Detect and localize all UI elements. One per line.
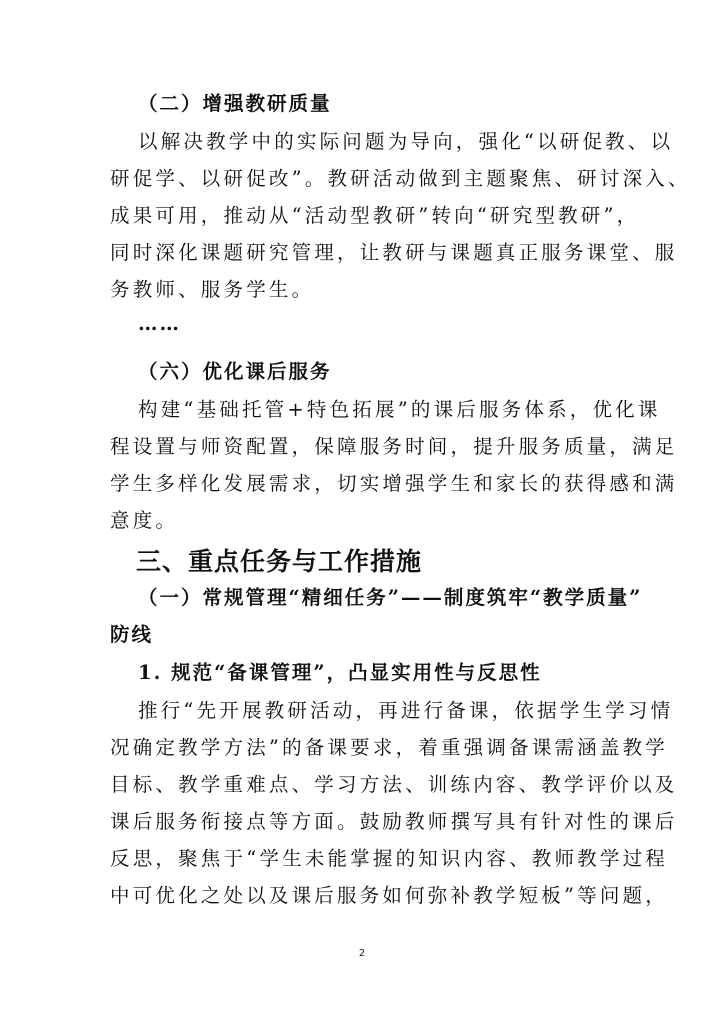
item-heading: 1. 规范“备课管理”，凸显实用性与反思性 (138, 655, 542, 691)
paragraph-line: 学生多样化发展需求，切实增强学生和家长的获得感和满 (110, 466, 678, 502)
paragraph-line: 推行“先开展教研活动，再进行备课，依据学生学习情 (138, 693, 673, 729)
paragraph-line: 以解决教学中的实际问题为导向，强化“以研促教、以 (138, 124, 673, 160)
paragraph-line: 成果可用，推动从“活动型教研”转向“研究型教研”， (110, 198, 639, 234)
chapter-heading: 三、重点任务与工作措施 (136, 542, 422, 582)
item-heading-text: 1. 规范“备课管理”，凸显实用性与反思性 (138, 661, 542, 684)
paragraph-line: 务教师、服务学生。 (110, 272, 314, 308)
section-heading-2: （二）增强教研质量 (138, 86, 332, 122)
subsection-heading: （一）常规管理“精细任务”——制度筑牢“教学质量” (138, 580, 642, 616)
subsection-heading-cont: 防线 (110, 617, 153, 653)
ellipsis: …… (138, 306, 181, 342)
paragraph-line: 目标、教学重难点、学习方法、训练内容、教学评价以及 (110, 767, 678, 803)
section-heading-6: （六）优化课后服务 (138, 354, 332, 390)
page-number: 2 (0, 948, 724, 959)
paragraph-line: 课后服务衔接点等方面。鼓励教师撰写具有针对性的课后 (110, 804, 678, 840)
paragraph-line: 意度。 (110, 503, 178, 539)
paragraph-line: 况确定教学方法”的备课要求，着重强调备课需涵盖教学 (110, 730, 668, 766)
paragraph-line: 同时深化课题研究管理，让教研与课题真正服务课堂、服 (110, 235, 678, 271)
paragraph-line: 中可优化之处以及课后服务如何弥补教学短板”等问题， (110, 878, 668, 914)
paragraph-line: 构建“基础托管+特色拓展”的课后服务体系，优化课 (138, 392, 661, 428)
document-page: （二）增强教研质量 以解决教学中的实际问题为导向，强化“以研促教、以 研促学、以… (0, 0, 724, 1024)
paragraph-line: 研促学、以研促改”。教研活动做到主题聚焦、研讨深入、 (110, 161, 691, 197)
paragraph-line: 程设置与师资配置，保障服务时间，提升服务质量，满足 (110, 429, 678, 465)
paragraph-line: 反思，聚焦于“学生未能掌握的知识内容、教师教学过程 (110, 841, 668, 877)
